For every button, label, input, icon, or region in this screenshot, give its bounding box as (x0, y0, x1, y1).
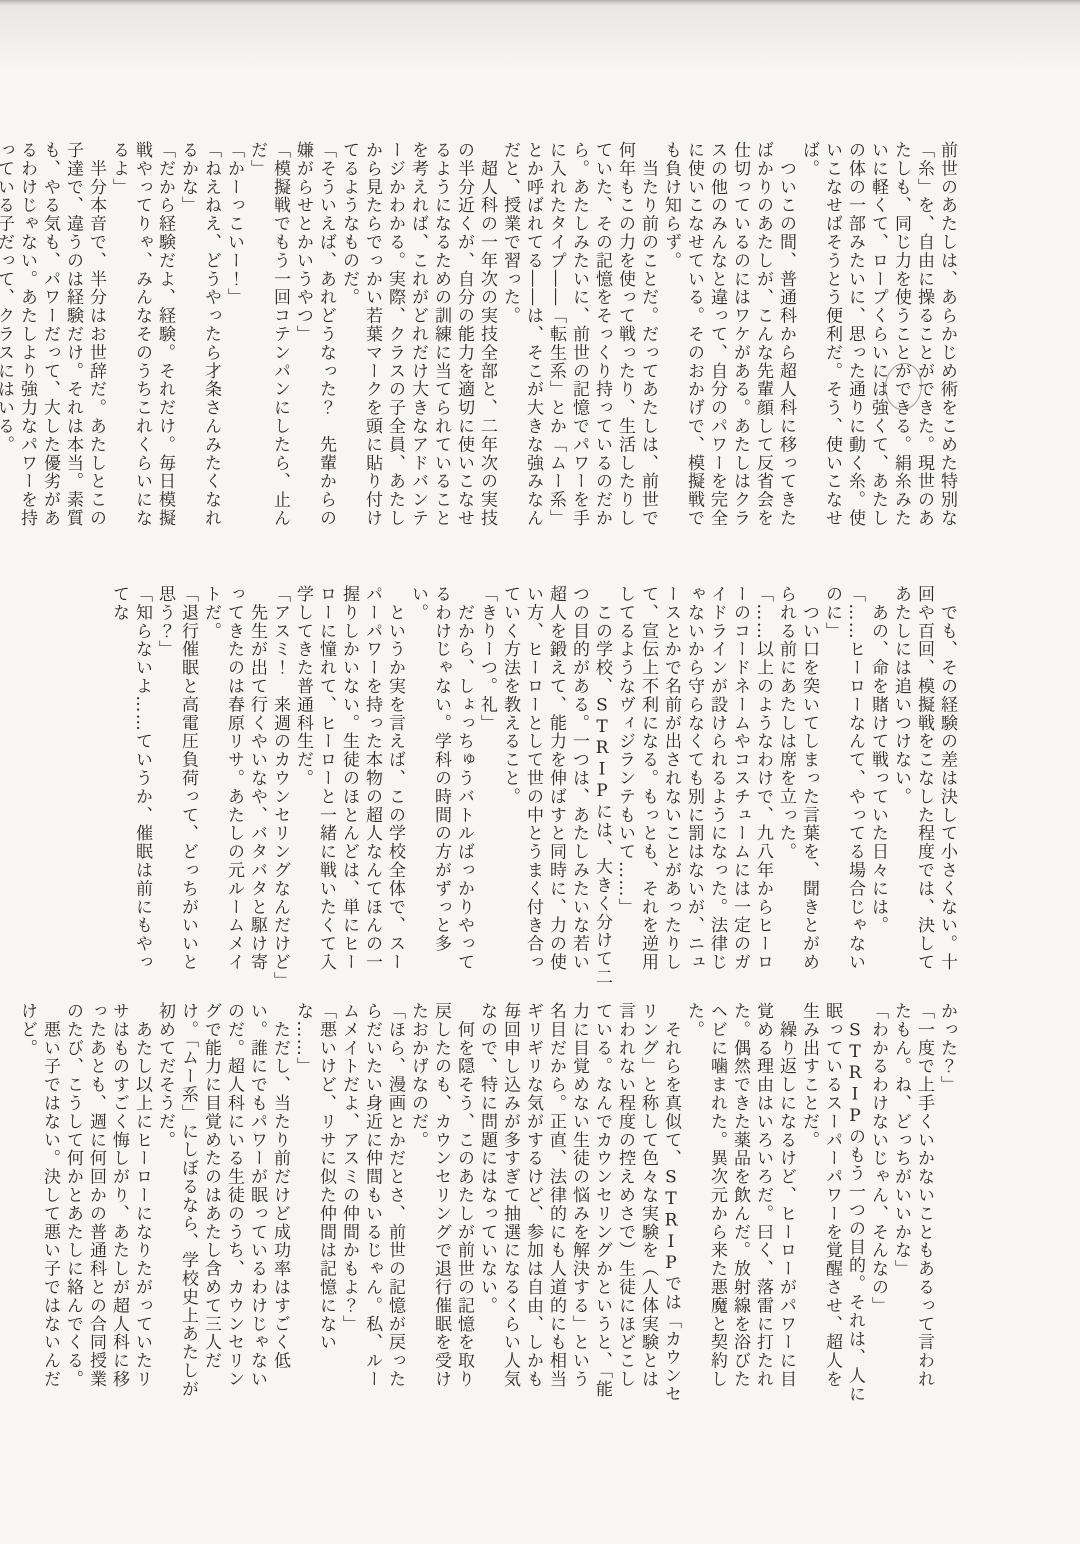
paragraph: でも、その経験の差は決して小さくない。十回や百回、模擬戦をこなした程度では、決し… (889, 585, 958, 989)
latin-acronym: STRIP (592, 695, 612, 802)
paragraph: 「だから経験だよ、経験。それだけ。毎日模擬戦やってりゃ、みんなそのうちこれくらい… (107, 141, 176, 545)
paragraph: 当たり前のことだ。だってあたしは、前世で何年もこの力を使って戦ったり、生活したり… (498, 141, 659, 545)
paragraph: というか実を言えば、この学校全体で、スーパーパワーを持った本物の超人なんてほんの… (291, 585, 406, 989)
paragraph: つい口を突いてしまった言葉を、聞きとがめられる前にあたしは席を立った。 (774, 585, 820, 989)
paragraph: 「ほら、漫画とかだとさ、前世の記憶が戻ったらだいたい身近に仲間もいるじゃん。私、… (337, 1002, 406, 1406)
latin-acronym: STRIP (845, 1020, 865, 1127)
paragraph: 「ねえねえ、どうやったら才条さんみたくなれるかな」 (176, 141, 222, 545)
paragraph: 「きりーつ。礼」 (475, 585, 498, 989)
paragraph: 繰り返しになるけど、ヒーローがパワーに目覚める理由はいろいろだ。曰く、落雷に打た… (682, 1002, 797, 1406)
paragraph: 悪い子ではない。決して悪い子ではないんだけど。 (15, 1002, 61, 1406)
paragraph: あの、命を賭けて戦っていた日々には。 (866, 585, 889, 989)
paragraph: 何を隠そう、このあたしが前世の記憶を取り戻したのも、カウンセリングで退行催眠を受… (406, 1002, 475, 1406)
paragraph: それらを真似て、STRIPでは「カウンセリング」と称して色々な実験を（人体実験と… (475, 1002, 682, 1406)
paragraph: 「わかるわけないじゃん、そんなの」 (866, 1002, 889, 1406)
text-band-2: でも、その経験の差は決して小さくない。十回や百回、模擬戦をこなした程度では、決し… (107, 585, 958, 989)
latin-acronym: STRIP (661, 1168, 681, 1275)
paragraph: 「退行催眠と高電圧負荷って、どっちがいいと思う？」 (153, 585, 199, 989)
paragraph: 「一度で上手くいかないこともあるって言われたもん。ね、どっちがいいかな」 (889, 1002, 935, 1406)
paragraph: 「悪いけど、リサに似た仲間は記憶にないな……」 (291, 1002, 337, 1406)
paragraph: 半分本音で、半分はお世辞だ。あたしとこの子達で、違うのは経験だけ。それは本当。素… (0, 141, 107, 545)
paragraph: ついこの間、普通科から超人科に移ってきたばかりのあたしが、こんな先輩顔して反省会… (659, 141, 797, 545)
paragraph: 「……ヒーローなんて、やってる場合じゃないのに」 (820, 585, 866, 989)
paragraph: 「知らないよ……ていうか、催眠は前にもやってな (107, 585, 153, 989)
paragraph: この学校、STRIPには、大きく分けて二つの目的がある。一つは、あたしみたいな若… (498, 585, 613, 989)
paragraph: 「かーっこいー！」 (222, 141, 245, 545)
paragraph: だから、しょっちゅうバトルばっかりやってるわけじゃない。学科の時間の方がずっと多… (406, 585, 475, 989)
paragraph: ただし、当たり前だけど成功率はすごく低い。誰にでもパワーが眠っているわけじゃない… (153, 1002, 291, 1406)
paragraph: 「模擬戦でもう一回コテンパンにしたら、止んだ」 (245, 141, 291, 545)
text-band-1: 前世のあたしは、あらかじめ術をこめた特別な「糸」を、自由に操ることができた。現世… (0, 141, 958, 545)
paragraph: STRIPのもう一つの目的。それは、人に眠っているスーパーパワーを覚醒させ、超人… (797, 1002, 866, 1406)
paragraph: 「……以上のようなわけで、九八年からヒーローのコードネームやコスチュームには一定… (613, 585, 774, 989)
paragraph: 前世のあたしは、あらかじめ術をこめた特別な「糸」を、自由に操ることができた。現世… (797, 141, 958, 545)
paragraph: あたし以上にヒーローになりたがっていたリサはものすごく悔しがり、あたしが超人科に… (61, 1002, 153, 1406)
paragraph: 「アスミ！ 来週のカウンセリングなんだけど」 (268, 585, 291, 989)
paragraph: 「そういえば、あれどうなった？ 先輩からの嫌がらせとかいうやつ」 (291, 141, 337, 545)
scan-top-haze (0, 0, 1080, 70)
text-band-3: かった？」「一度で上手くいかないこともあるって言われたもん。ね、どっちがいいかな… (15, 1002, 958, 1406)
paragraph: かった？」 (935, 1002, 958, 1406)
paragraph: 先生が出て行くやいなや、バタバタと駆け寄ってきたのは春原リサ。あたしの元ルームメ… (199, 585, 268, 989)
paragraph: 超人科の一年次の実技全部と、二年次の実技の半分近くが、自分の能力を適切に使いこな… (337, 141, 498, 545)
scanned-novel-page: 前世のあたしは、あらかじめ術をこめた特別な「糸」を、自由に操ることができた。現世… (0, 0, 1080, 1544)
